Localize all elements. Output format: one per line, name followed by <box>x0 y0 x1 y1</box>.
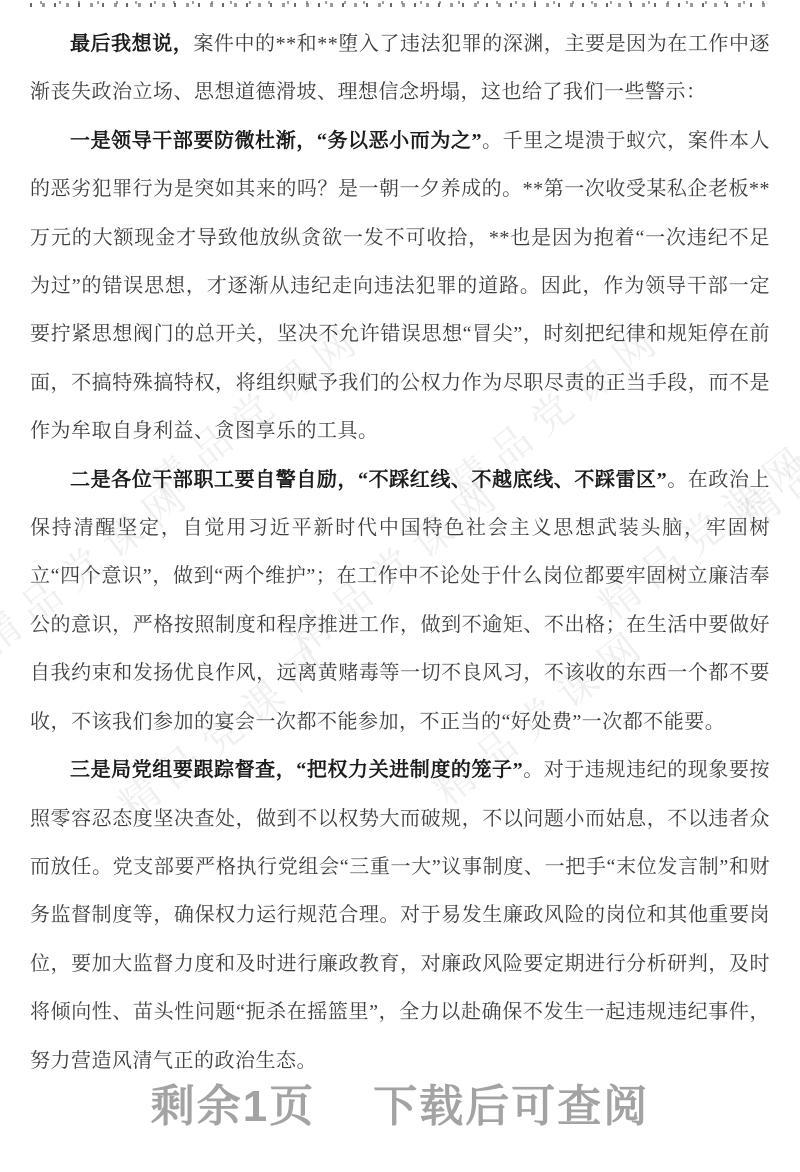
download-prompt: 剩余1页下载后可查阅 <box>0 1070 800 1134</box>
document-body: 最后我想说，案件中的**和**堕入了违法犯罪的深渊，主要是因为在工作中逐渐丧失政… <box>30 20 770 1085</box>
paragraph-lead: 二是各位干部职工要自警自励，“不踩红线、不越底线、不踩雷区” <box>70 469 667 491</box>
paragraph-text: 。在政治上保持清醒坚定，自觉用习近平新时代中国特色社会主义思想武装头脑，牢固树立… <box>30 469 770 733</box>
paragraph-conclusion: 最后我想说，案件中的**和**堕入了违法犯罪的深渊，主要是因为在工作中逐渐丧失政… <box>30 20 770 117</box>
remaining-pages-text: 剩余1页 <box>151 1082 315 1131</box>
paragraph-point-one: 一是领导干部要防微杜渐，“务以恶小而为之”。千里之堤溃于蚁穴，案件本人的恶劣犯罪… <box>30 117 770 456</box>
clipped-text-line-top <box>30 0 770 7</box>
paragraph-point-three: 三是局党组要跟踪督查，“把权力关进制度的笼子”。对于违规违纪的现象要按照零容忍态… <box>30 746 770 1085</box>
paragraph-lead: 一是领导干部要防微杜渐，“务以恶小而为之” <box>70 130 482 152</box>
download-hint-text: 下载后可查阅 <box>373 1082 649 1131</box>
paragraph-lead: 三是局党组要跟踪督查，“把权力关进制度的笼子” <box>70 759 523 781</box>
paragraph-lead: 最后我想说， <box>70 33 193 55</box>
paragraph-text: 。对于违规违纪的现象要按照零容忍态度坚决查处，做到不以权势大而破规，不以问题小而… <box>30 759 770 1071</box>
paragraph-point-two: 二是各位干部职工要自警自励，“不踩红线、不越底线、不踩雷区”。在政治上保持清醒坚… <box>30 456 770 746</box>
paragraph-text: 。千里之堤溃于蚁穴，案件本人的恶劣犯罪行为是突如其来的吗？是一朝一夕养成的。**… <box>30 130 770 442</box>
